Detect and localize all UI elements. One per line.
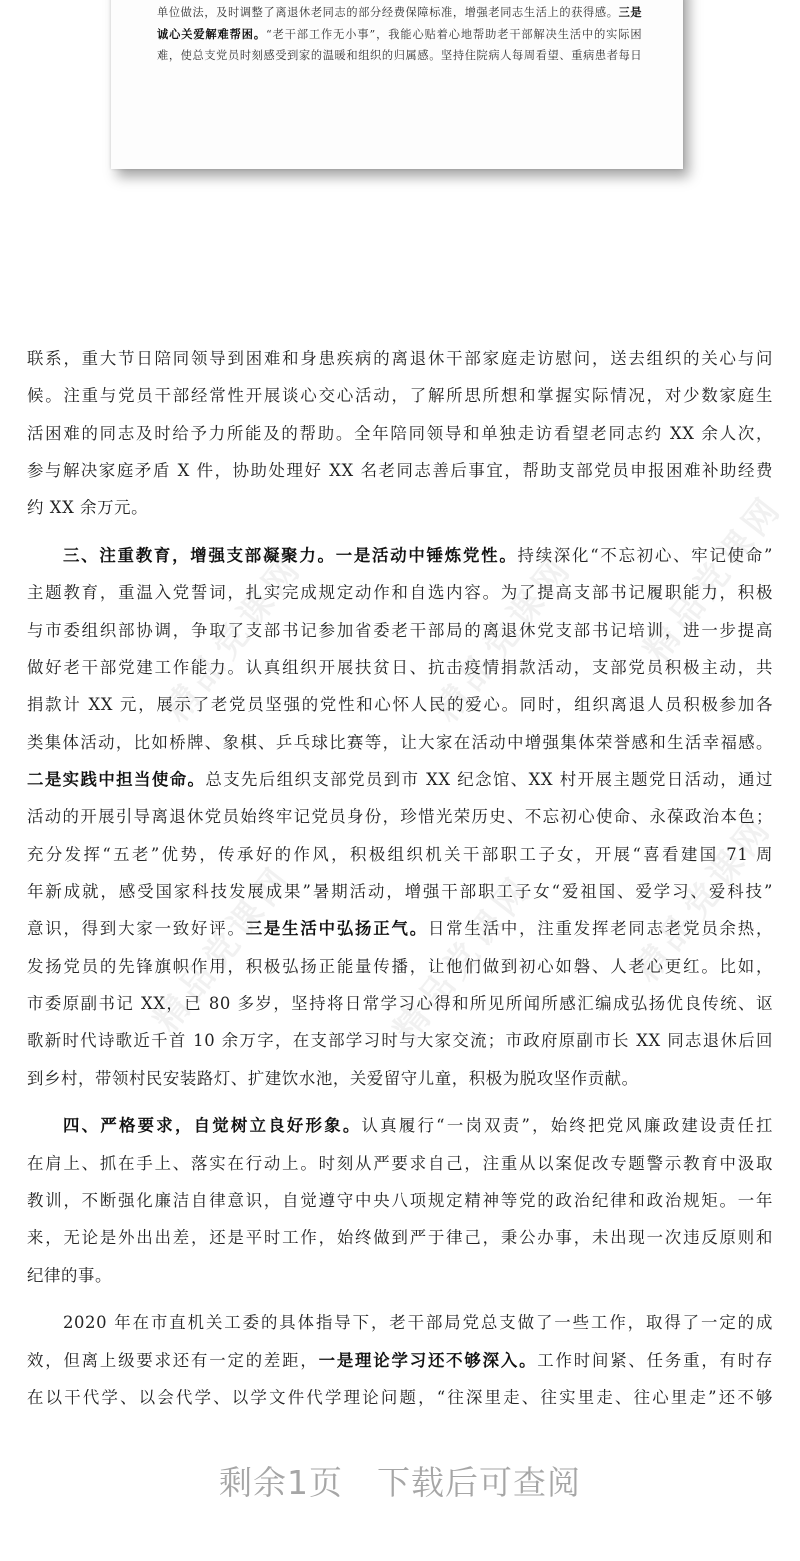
text-line: 在肩上、抓在手上、落实在行动上。时刻从严要求自己，注重从以案促改专题警示教育中汲… — [27, 1145, 773, 1182]
body-text: 候。注重与党员干部经常性开展谈心交心活动，了解所思所想和掌握实际情况，对少数家庭… — [27, 386, 773, 405]
text-line: 活动的开展引导离退休党员始终牢记党员身份，珍惜光荣历史、不忘初心使命、永葆政治本… — [27, 798, 773, 835]
body-text: 充分发挥“五老”优势，传承好的作风，积极组织机关干部职工子女，开展“喜看建国 7… — [27, 845, 773, 864]
body-text: 与市委组织部协调，争取了支部书记参加省委老干部局的离退休党支部书记培训，进一步提… — [27, 621, 773, 640]
bold-heading-text: 三、注重教育，增强支部凝聚力。一是活动中锤炼党性。 — [63, 546, 518, 565]
text-line: 来，无论是外出出差，还是平时工作，始终做到严于律己，秉公办事，未出现一次违反原则… — [27, 1219, 773, 1256]
text-line: 发扬党员的先锋旗帜作用，积极弘扬正能量传播，让他们做到初心如磐、人老心更红。比如… — [27, 948, 773, 985]
body-text: 纪律的事。 — [27, 1266, 112, 1285]
body-text: 难，使总支党员时刻感受到家的温暖和组织的归属感。坚持住院病人每周看望、重病患者每… — [157, 49, 642, 62]
text-line: 三、注重教育，增强支部凝聚力。一是活动中锤炼党性。持续深化“不忘初心、牢记使命” — [63, 537, 773, 574]
bold-heading-text: 三是生活中弘扬正气。 — [246, 919, 428, 938]
body-text: 在肩上、抓在手上、落实在行动上。时刻从严要求自己，注重从以案促改专题警示教育中汲… — [27, 1154, 773, 1173]
text-line: 意识，得到大家一致好评。三是生活中弘扬正气。日常生活中，注重发挥老同志老党员余热… — [27, 910, 773, 947]
text-line: 到乡村，带领村民安装路灯、扩建饮水池，关爱留守儿童，积极为脱攻坚作贡献。 — [27, 1060, 773, 1097]
body-text: 2020 年在市直机关工委的具体指导下，老干部局党总支做了一些工作，取得了一定的… — [63, 1313, 773, 1332]
body-text: 年新成就，感受国家科技发展成果”暑期活动，增强干部职工子女“爱祖国、爱学习、爱科… — [27, 882, 773, 901]
body-text: 参与解决家庭矛盾 X 件，协助处理好 XX 名老同志善后事宜，帮助支部党员申报困… — [27, 461, 773, 480]
text-line: 四、严格要求，自觉树立良好形象。认真履行“一岗双责”，始终把党风廉政建设责任扛 — [63, 1107, 773, 1144]
bold-heading-text: 三是 — [619, 5, 642, 19]
text-line: 歌新时代诗歌近千首 10 余万字，在支部学习时与大家交流；市政府原副市长 XX … — [27, 1022, 773, 1059]
text-line: 2020 年在市直机关工委的具体指导下，老干部局党总支做了一些工作，取得了一定的… — [63, 1304, 773, 1341]
text-line: 充分发挥“五老”优势，传承好的作风，积极组织机关干部职工子女，开展“喜看建国 7… — [27, 836, 773, 873]
bold-heading-text: 四、严格要求，自觉树立良好形象。 — [63, 1116, 362, 1135]
remaining-pages-label[interactable]: 剩余1页 — [219, 1463, 343, 1502]
text-line: 活困难的同志及时给予力所能及的帮助。全年陪同领导和单独走访看望老同志约 XX 余… — [27, 415, 773, 452]
body-text: 效，但离上级要求还有一定的差距， — [27, 1351, 319, 1370]
remaining-pages-banner[interactable]: 剩余1页下载后可查阅 — [0, 1458, 800, 1508]
text-line: 类集体活动，比如桥牌、象棋、乒乓球比赛等，让大家在活动中增强集体荣誉感和生活幸福… — [27, 724, 773, 761]
body-text: 类集体活动，比如桥牌、象棋、乒乓球比赛等，让大家在活动中增强集体荣誉感和生活幸福… — [27, 733, 773, 752]
body-text: 来，无论是外出出差，还是平时工作，始终做到严于律己，秉公办事，未出现一次违反原则… — [27, 1228, 773, 1247]
bold-heading-text: 二是实践中担当使命。 — [27, 770, 205, 789]
preview-page-card: 单位做法，及时调整了离退休老同志的部分经费保障标准，增强老同志生活上的获得感。三… — [111, 0, 683, 169]
body-text: 认真履行“一岗双责”，始终把党风廉政建设责任扛 — [362, 1116, 773, 1135]
text-line: 市委原副书记 XX，已 80 多岁，坚持将日常学习心得和所见所闻所感汇编成弘扬优… — [27, 985, 773, 1022]
text-line: 纪律的事。 — [27, 1257, 773, 1294]
body-text: 活困难的同志及时给予力所能及的帮助。全年陪同领导和单独走访看望老同志约 XX 余… — [27, 424, 773, 443]
body-text: 工作时间紧、任务重，有时存 — [537, 1351, 773, 1370]
text-line: 主题教育，重温入党誓词，扎实完成规定动作和自选内容。为了提高支部书记履职能力，积… — [27, 574, 773, 611]
body-text: 发扬党员的先锋旗帜作用，积极弘扬正能量传播，让他们做到初心如磐、人老心更红。比如… — [27, 957, 773, 976]
body-text: 持续深化“不忘初心、牢记使命” — [518, 546, 774, 565]
text-line: 做好老干部党建工作能力。认真组织开展扶贫日、抗击疫情捐款活动，支部党员积极主动，… — [27, 649, 773, 686]
text-line: 二是实践中担当使命。总支先后组织支部党员到市 XX 纪念馆、XX 村开展主题党日… — [27, 761, 773, 798]
download-to-view-label[interactable]: 下载后可查阅 — [377, 1463, 581, 1502]
body-text: 市委原副书记 XX，已 80 多岁，坚持将日常学习心得和所见所闻所感汇编成弘扬优… — [27, 994, 773, 1013]
bold-heading-text: 诚心关爱解难帮困。 — [157, 27, 266, 41]
body-text: 主题教育，重温入党誓词，扎实完成规定动作和自选内容。为了提高支部书记履职能力，积… — [27, 583, 773, 602]
text-line: 候。注重与党员干部经常性开展谈心交心活动，了解所思所想和掌握实际情况，对少数家庭… — [27, 377, 773, 414]
body-text: 活动的开展引导离退休党员始终牢记党员身份，珍惜光荣历史、不忘初心使命、永葆政治本… — [27, 807, 773, 826]
text-line: 联系，重大节日陪同领导到困难和身患疾病的离退休干部家庭走访慰问，送去组织的关心与… — [27, 340, 773, 377]
preview-text-line: 难，使总支党员时刻感受到家的温暖和组织的归属感。坚持住院病人每周看望、重病患者每… — [157, 45, 642, 67]
text-line: 约 XX 余万元。 — [27, 489, 773, 526]
text-line: 参与解决家庭矛盾 X 件，协助处理好 XX 名老同志善后事宜，帮助支部党员申报困… — [27, 452, 773, 489]
body-text: 总支先后组织支部党员到市 XX 纪念馆、XX 村开展主题党日活动，通过 — [205, 770, 773, 789]
body-text: 做好老干部党建工作能力。认真组织开展扶贫日、抗击疫情捐款活动，支部党员积极主动，… — [27, 658, 773, 677]
body-text: 到乡村，带领村民安装路灯、扩建饮水池，关爱留守儿童，积极为脱攻坚作贡献。 — [27, 1069, 639, 1088]
body-text: “老干部工作无小事”，我能心贴着心地帮助老干部解决生活中的实际困 — [266, 28, 642, 41]
body-text: 捐款计 XX 元，展示了老党员坚强的党性和心怀人民的爱心。同时，组织离退人员积极… — [27, 695, 773, 714]
body-text: 歌新时代诗歌近千首 10 余万字，在支部学习时与大家交流；市政府原副市长 XX … — [27, 1031, 773, 1050]
text-line: 捐款计 XX 元，展示了老党员坚强的党性和心怀人民的爱心。同时，组织离退人员积极… — [27, 686, 773, 723]
body-text: 日常生活中，注重发挥老同志老党员余热， — [428, 919, 773, 938]
text-line: 与市委组织部协调，争取了支部书记参加省委老干部局的离退休党支部书记培训，进一步提… — [27, 612, 773, 649]
text-line: 效，但离上级要求还有一定的差距，一是理论学习还不够深入。工作时间紧、任务重，有时… — [27, 1342, 773, 1379]
text-line: 在以干代学、以会代学、以学文件代学理论问题，“往深里走、往实里走、往心里走”还不… — [27, 1379, 773, 1416]
body-text: 单位做法，及时调整了离退休老同志的部分经费保障标准，增强老同志生活上的获得感。 — [157, 6, 619, 19]
body-text: 在以干代学、以会代学、以学文件代学理论问题，“往深里走、往实里走、往心里走”还不… — [27, 1388, 773, 1407]
body-text: 教训，不断强化廉洁自律意识，自觉遵守中央八项规定精神等党的政治纪律和政治规矩。一… — [27, 1191, 773, 1210]
text-line: 年新成就，感受国家科技发展成果”暑期活动，增强干部职工子女“爱祖国、爱学习、爱科… — [27, 873, 773, 910]
body-text: 联系，重大节日陪同领导到困难和身患疾病的离退休干部家庭走访慰问，送去组织的关心与… — [27, 349, 773, 368]
preview-text-line: 诚心关爱解难帮困。“老干部工作无小事”，我能心贴着心地帮助老干部解决生活中的实际… — [157, 23, 642, 45]
text-line: 教训，不断强化廉洁自律意识，自觉遵守中央八项规定精神等党的政治纪律和政治规矩。一… — [27, 1182, 773, 1219]
body-text: 约 XX 余万元。 — [27, 498, 148, 517]
bold-heading-text: 一是理论学习还不够深入。 — [319, 1351, 538, 1370]
body-text: 意识，得到大家一致好评。 — [27, 919, 246, 938]
preview-text-line: 单位做法，及时调整了离退休老同志的部分经费保障标准，增强老同志生活上的获得感。三… — [157, 1, 642, 23]
